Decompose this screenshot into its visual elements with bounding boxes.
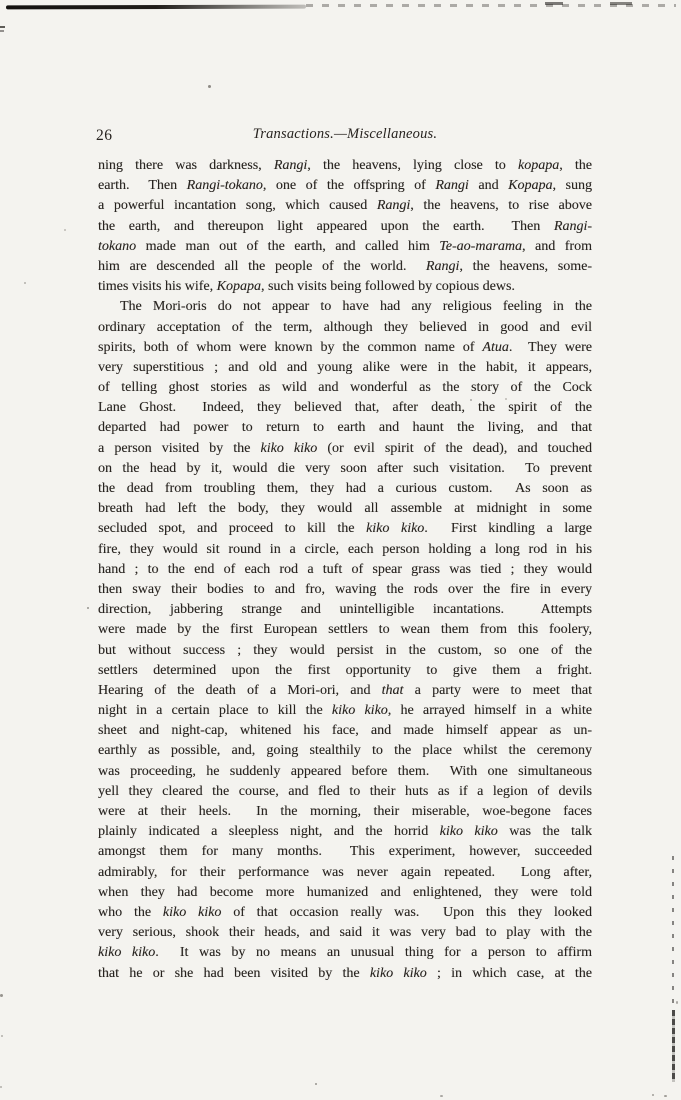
text-line: settlers determined upon the first oppor… <box>98 661 592 681</box>
paragraph: The Mori-oris do not appear to have had … <box>98 297 592 983</box>
text-line: The Mori-oris do not appear to have had … <box>98 297 592 317</box>
scan-speck <box>208 85 211 88</box>
scan-artifact-right-page-edge <box>672 1010 675 1082</box>
text-line: admirably, for their performance was nev… <box>98 863 592 883</box>
scanned-page: 26 Transactions.—Miscellaneous. ning the… <box>0 0 681 1100</box>
text-line: spirits, both of whom were known by the … <box>98 338 592 358</box>
text-line: night in a certain place to kill the kik… <box>98 701 592 721</box>
scan-artifact-top-edge <box>6 5 306 10</box>
running-header: Transactions.—Miscellaneous. <box>98 126 592 143</box>
scan-artifact-top-dash <box>545 2 563 5</box>
text-line: very superstitious ; and old and young a… <box>98 358 592 378</box>
text-line: of telling ghost stories as wild and won… <box>98 378 592 398</box>
text-line: then sway their bodies to and fro, wavin… <box>98 580 592 600</box>
text-line: him are descended all the people of the … <box>98 257 592 277</box>
page-number: 26 <box>96 127 113 145</box>
text-line: hand ; to the end of each rod a tuft of … <box>98 560 592 580</box>
text-line: but without success ; they would persist… <box>98 641 592 661</box>
text-line: a person visited by the kiko kiko (or ev… <box>98 439 592 459</box>
scan-artifact-left-edge <box>0 30 4 32</box>
text-line: times visits his wife, Kopapa, such visi… <box>98 277 592 297</box>
text-line: departed had power to return to earth an… <box>98 418 592 438</box>
text-line: Lane Ghost. Indeed, they believed that, … <box>98 398 592 418</box>
scan-speck <box>87 607 89 609</box>
text-line: earthly as possible, and, going stealthi… <box>98 741 592 761</box>
scan-artifact-right-page-edge <box>672 856 674 1006</box>
text-line: was proceeding, he suddenly appeared bef… <box>98 762 592 782</box>
text-line: a powerful incantation song, which cause… <box>98 196 592 216</box>
paragraph: ning there was darkness, Rangi, the heav… <box>98 156 592 297</box>
text-line: breath had left the body, they would all… <box>98 499 592 519</box>
text-line: ordinary acceptation of the term, althou… <box>98 318 592 338</box>
scan-speck <box>1 1035 3 1037</box>
text-line: amongst them for many months. This exper… <box>98 842 592 862</box>
scan-speck <box>0 1086 2 1088</box>
text-line: when they had become more humanized and … <box>98 883 592 903</box>
text-line: kiko kiko. It was by no means an unusual… <box>98 943 592 963</box>
scan-speck <box>315 1083 317 1085</box>
text-line: were made by the first European settlers… <box>98 620 592 640</box>
scan-speck <box>64 229 66 231</box>
body-text: ning there was darkness, Rangi, the heav… <box>98 156 592 984</box>
scan-speck <box>664 1095 667 1097</box>
text-line: Hearing of the death of a Mori-ori, and … <box>98 681 592 701</box>
scan-artifact-top-dash <box>610 2 632 5</box>
text-line: tokano made man out of the earth, and ca… <box>98 237 592 257</box>
text-line: direction, jabbering strange and unintel… <box>98 600 592 620</box>
page-header-row: 26 Transactions.—Miscellaneous. <box>98 126 592 146</box>
text-line: earth. Then Rangi-tokano, one of the off… <box>98 176 592 196</box>
text-line: sheet and night-cap, whitened his face, … <box>98 721 592 741</box>
text-line: were at their heels. In the morning, the… <box>98 802 592 822</box>
scan-speck <box>652 1094 654 1096</box>
scan-speck <box>676 1001 678 1004</box>
scan-speck <box>440 1095 443 1097</box>
text-line: the earth, and thereupon light appeared … <box>98 217 592 237</box>
text-line: yell they cleared the course, and fled t… <box>98 782 592 802</box>
text-line: plainly indicated a sleepless night, and… <box>98 822 592 842</box>
text-line: that he or she had been visited by the k… <box>98 964 592 984</box>
text-line: ning there was darkness, Rangi, the heav… <box>98 156 592 176</box>
scan-speck <box>24 282 26 284</box>
text-line: who the kiko kiko of that occasion reall… <box>98 903 592 923</box>
scan-speck <box>0 994 3 997</box>
text-line: on the head by it, would die very soon a… <box>98 459 592 479</box>
text-line: fire, they would sit round in a circle, … <box>98 540 592 560</box>
text-line: the dead from troubling them, they had a… <box>98 479 592 499</box>
text-line: very serious, shook their heads, and sai… <box>98 923 592 943</box>
text-line: secluded spot, and proceed to kill the k… <box>98 519 592 539</box>
scan-artifact-left-edge <box>0 26 5 28</box>
